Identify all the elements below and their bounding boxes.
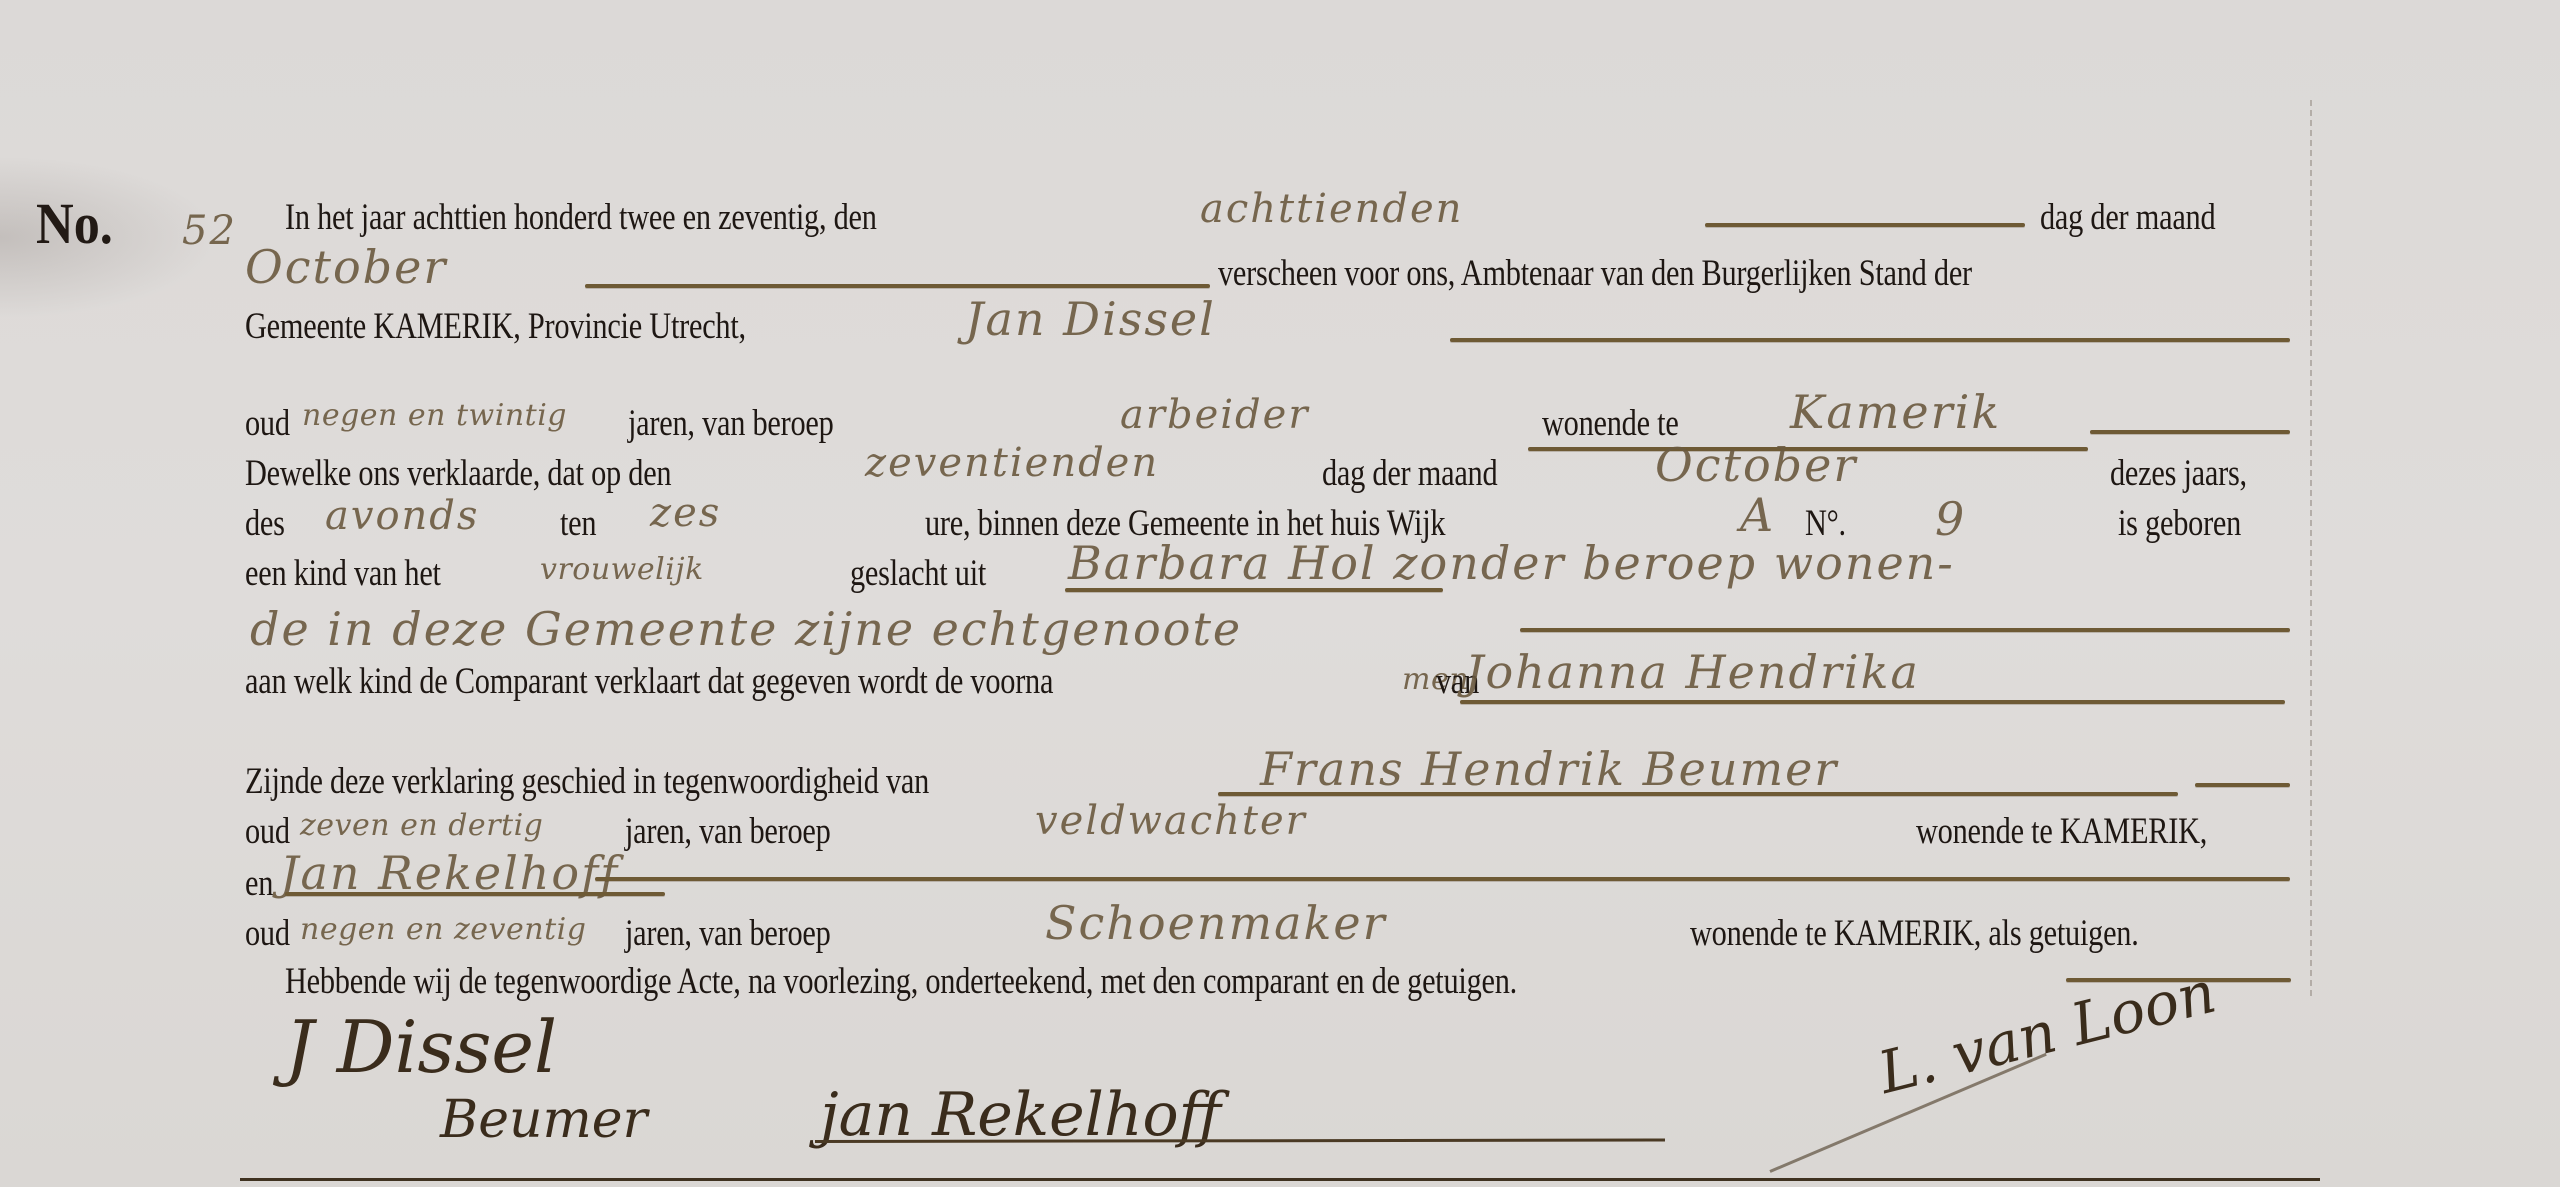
line13-oud: oud [245, 912, 290, 955]
line1-day-hand: achttienden [1200, 186, 1463, 232]
rule [2195, 783, 2290, 787]
line10-text: Zijnde deze verklaring geschied in tegen… [245, 760, 929, 803]
mother-continuation-hand: de in deze Gemeente zijne echtgenoote [250, 602, 1242, 656]
declarant-job-hand: arbeider [1120, 392, 1309, 438]
line13-text-end: wonende te KAMERIK, als getuigen. [1690, 912, 2139, 955]
line3-text: Gemeente KAMERIK, Provincie Utrecht, [245, 305, 746, 348]
rule [585, 284, 1210, 288]
rule [2090, 430, 2290, 434]
rule [595, 877, 2290, 881]
line5-text-end: dezes jaars, [2110, 452, 2247, 495]
line7-text: een kind van het [245, 552, 441, 595]
record-number-label: No. [36, 190, 113, 257]
declarant-place-hand: Kamerik [1790, 385, 2001, 439]
line6-ten: ten [560, 502, 596, 545]
declarant-age-hand: negen en twintig [302, 398, 567, 433]
rule [1065, 588, 1443, 592]
line1-text: In het jaar achttien honderd twee en zev… [285, 196, 877, 239]
rule [285, 892, 665, 896]
rule [1520, 628, 2290, 632]
line6-des: des [245, 502, 285, 545]
line13-text: jaren, van beroep [625, 912, 831, 955]
line6-text-end: is geboren [2118, 502, 2241, 545]
rule [1705, 223, 2025, 227]
witness2-job-hand: Schoenmaker [1045, 896, 1387, 950]
rule [1218, 792, 2178, 796]
line2-month-hand: October [245, 240, 447, 294]
birth-time-hand: avonds [325, 493, 479, 539]
line5-text: Dewelke ons verklaarde, dat op den [245, 452, 671, 495]
child-sex-hand: vrouwelijk [540, 552, 704, 587]
line11-text-end: wonende te KAMERIK, [1916, 810, 2207, 853]
birth-hour-hand: zes [650, 490, 721, 536]
margin-rule [2310, 100, 2312, 1000]
line5-text-2: dag der maand [1322, 452, 1497, 495]
mother-hand: Barbara Hol zonder beroep wonen- [1068, 536, 1955, 590]
witness1-job-hand: veldwachter [1035, 798, 1307, 844]
rule [1460, 700, 2285, 704]
line4-oud: oud [245, 402, 290, 445]
child-name-hand: Johanna Hendrika [1465, 645, 1920, 699]
rule [1450, 338, 2290, 342]
witness1-name-hand: Frans Hendrik Beumer [1260, 742, 1838, 796]
record-number: 52 [182, 208, 237, 254]
line14-text: Hebbende wij de tegenwoordige Acte, na v… [285, 960, 1517, 1003]
birth-month-hand: October [1655, 438, 1857, 492]
line9-text: aan welk kind de Comparant verklaart dat… [245, 660, 1053, 703]
line11-text: jaren, van beroep [625, 810, 831, 853]
witness1-age-hand: zeven en dertig [300, 808, 543, 843]
birth-day-hand: zeventienden [865, 440, 1159, 486]
line12-en: en [245, 862, 273, 905]
line7-text-2: geslacht uit [850, 552, 986, 595]
bottom-rule [240, 1178, 2320, 1181]
line1-text-end: dag der maand [2040, 196, 2215, 239]
signature-father: J Dissel [285, 1005, 557, 1089]
witness2-age-hand: negen en zeventig [300, 912, 586, 947]
line4-text: jaren, van beroep [628, 402, 834, 445]
line2-text: verscheen voor ons, Ambtenaar van den Bu… [1218, 252, 1972, 295]
wijk-letter-hand: A [1740, 488, 1775, 542]
declarant-name-hand: Jan Dissel [965, 292, 1216, 346]
signature-witness1: Beumer [440, 1090, 647, 1150]
